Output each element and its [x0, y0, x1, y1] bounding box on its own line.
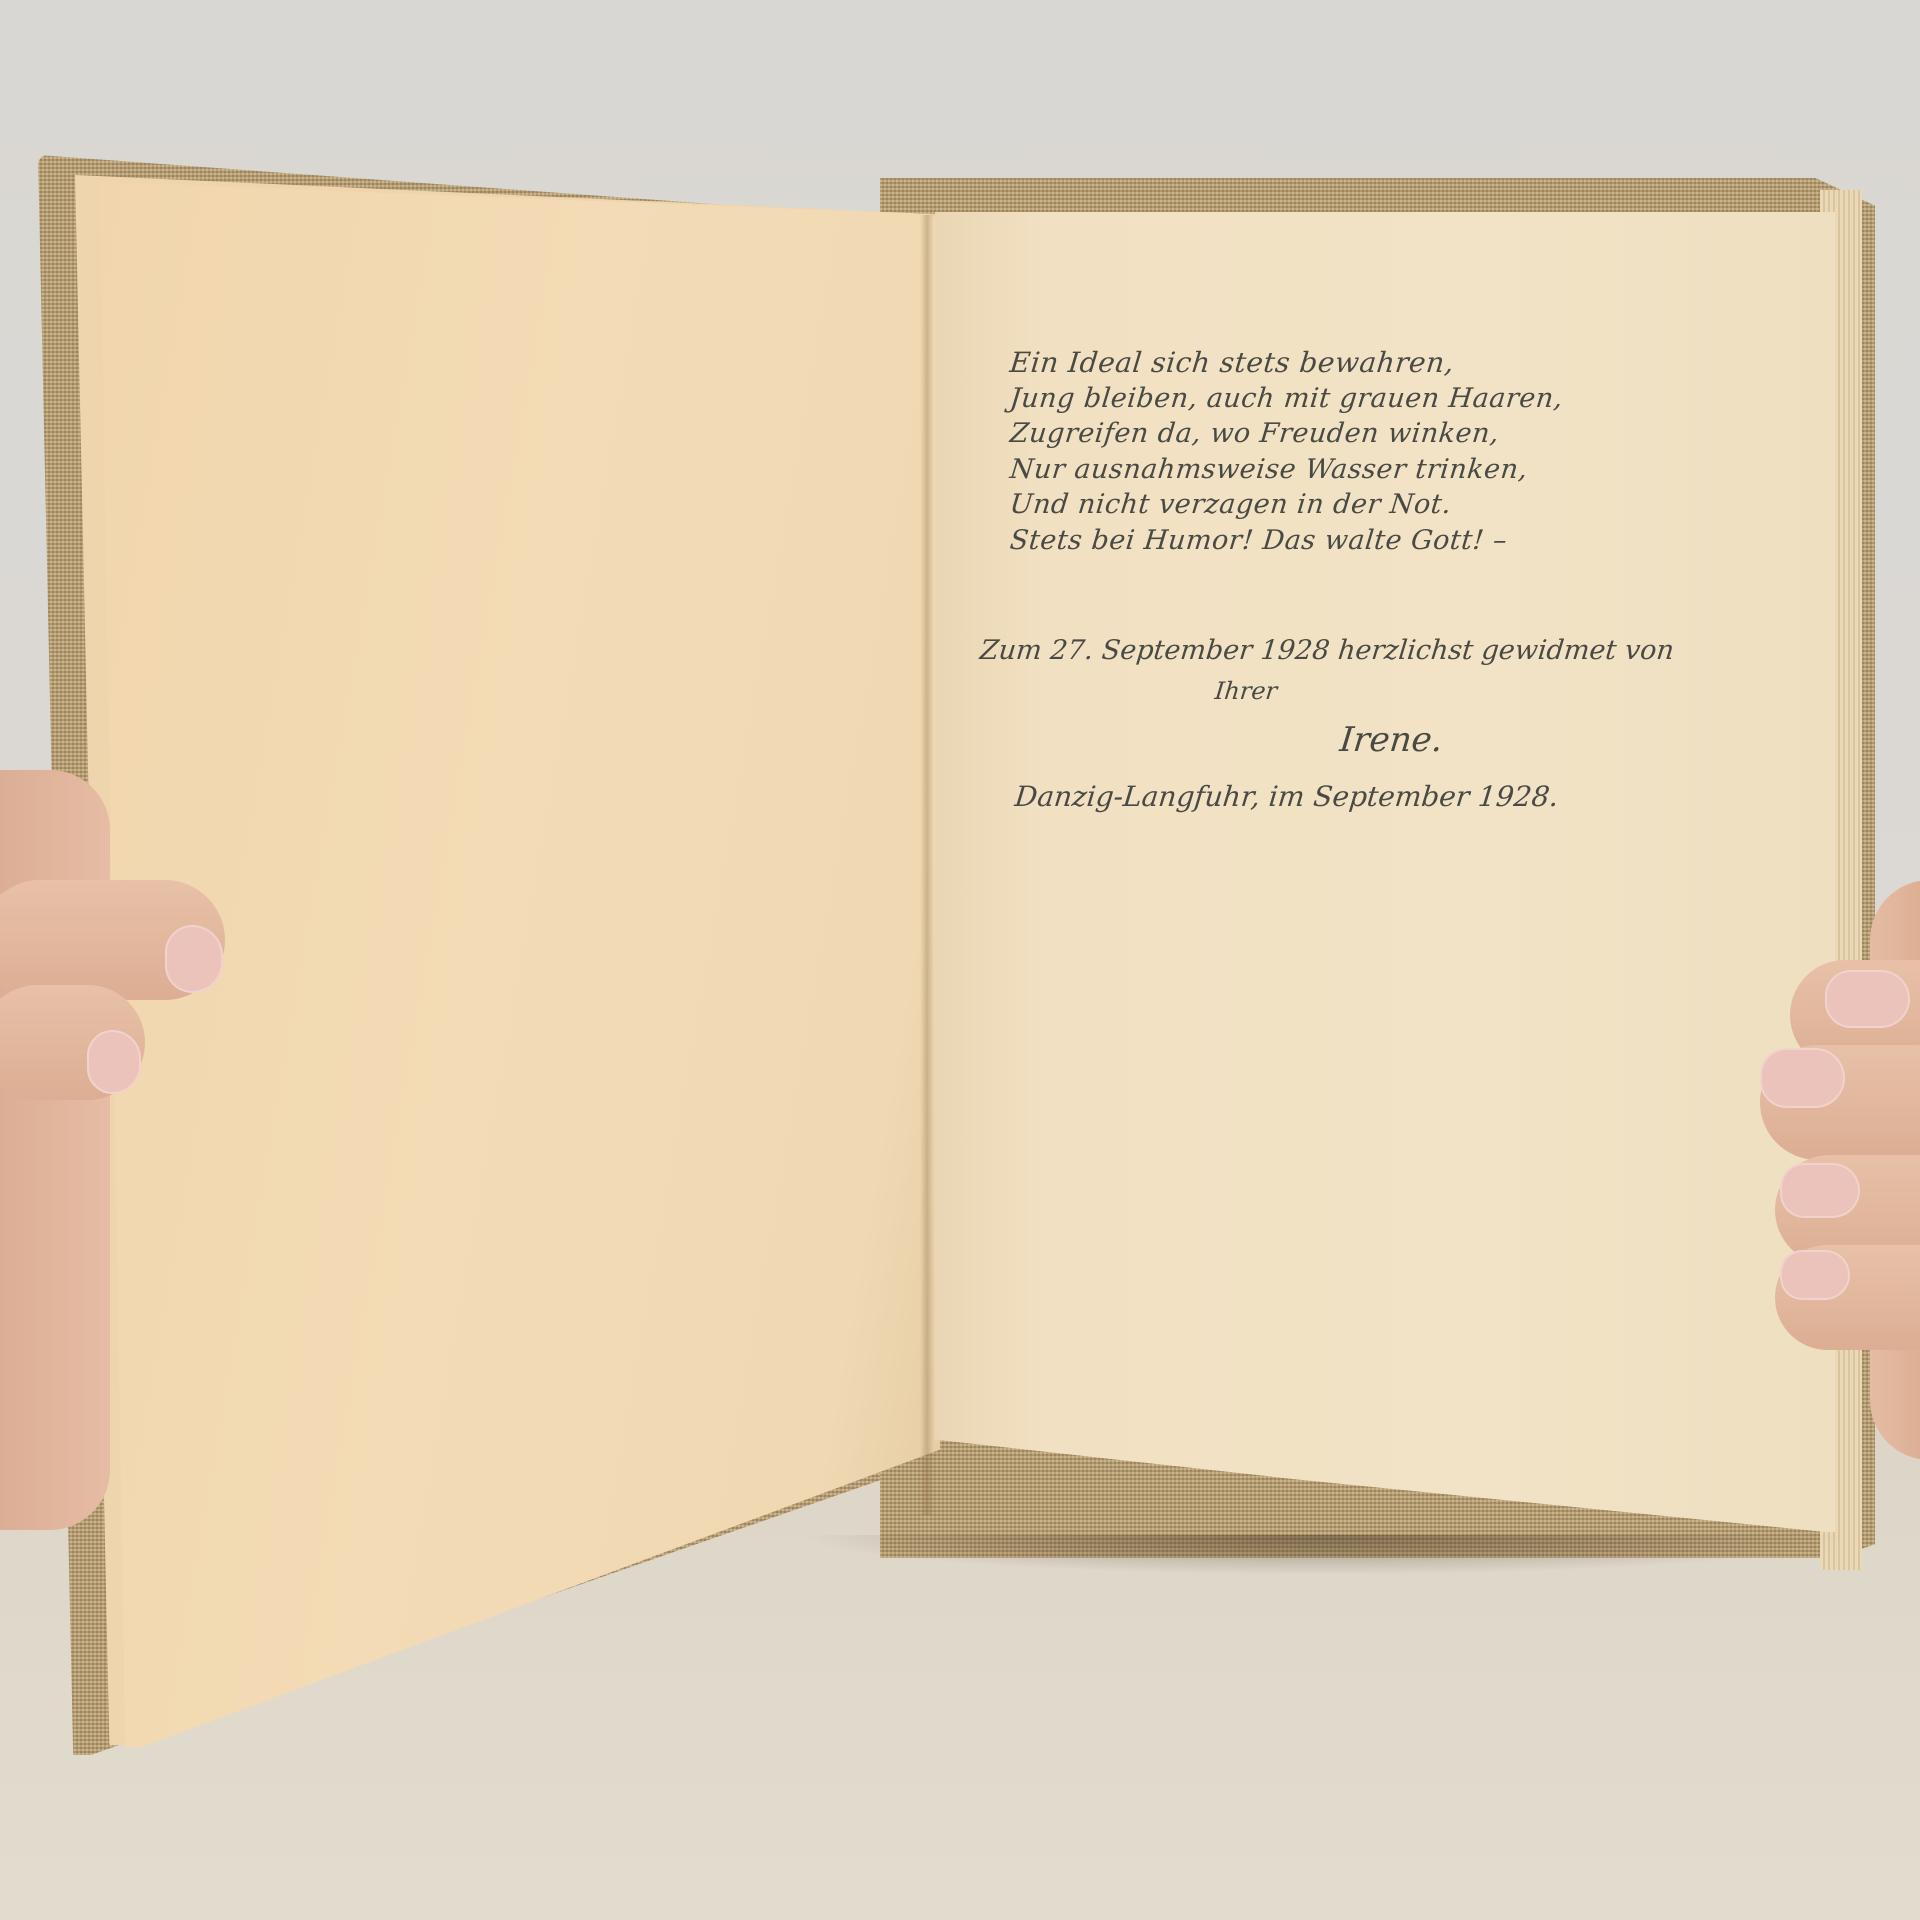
- fingernail: [1780, 1163, 1860, 1218]
- poem-line: Und nicht verzagen in der Not.: [1008, 487, 1792, 523]
- poem-line: Jung bleiben, auch mit grauen Haaren,: [1008, 381, 1792, 417]
- signature: Irene.: [1338, 720, 1445, 760]
- fingernail: [1825, 970, 1910, 1028]
- fingernail: [1760, 1048, 1845, 1108]
- poem-line: Nur ausnahmsweise Wasser trinken,: [1008, 452, 1792, 488]
- fingernail: [165, 925, 223, 993]
- dedication-line: Zum 27. September 1928 herzlichst gewidm…: [978, 635, 1675, 666]
- fingernail: [1780, 1250, 1850, 1300]
- poem-line: Stets bei Humor! Das walte Gott! –: [1008, 523, 1792, 559]
- poem-line: Zugreifen da, wo Freuden winken,: [1008, 416, 1792, 452]
- photo-scene: Ein Ideal sich stets bewahren, Jung blei…: [0, 0, 1920, 1920]
- book-shadow: [800, 1535, 1850, 1575]
- book: Ein Ideal sich stets bewahren, Jung blei…: [0, 0, 1920, 1920]
- fingernail: [87, 1030, 141, 1094]
- dedication-ihrer: Ihrer: [1214, 677, 1279, 705]
- poem-line: Ein Ideal sich stets bewahren,: [1008, 345, 1792, 381]
- book-gutter: [920, 215, 934, 1515]
- handwritten-inscription: Ein Ideal sich stets bewahren, Jung blei…: [1010, 345, 1790, 558]
- left-page-blank: [100, 182, 940, 1747]
- place-date: Danzig-Langfuhr, im September 1928.: [1013, 780, 1560, 813]
